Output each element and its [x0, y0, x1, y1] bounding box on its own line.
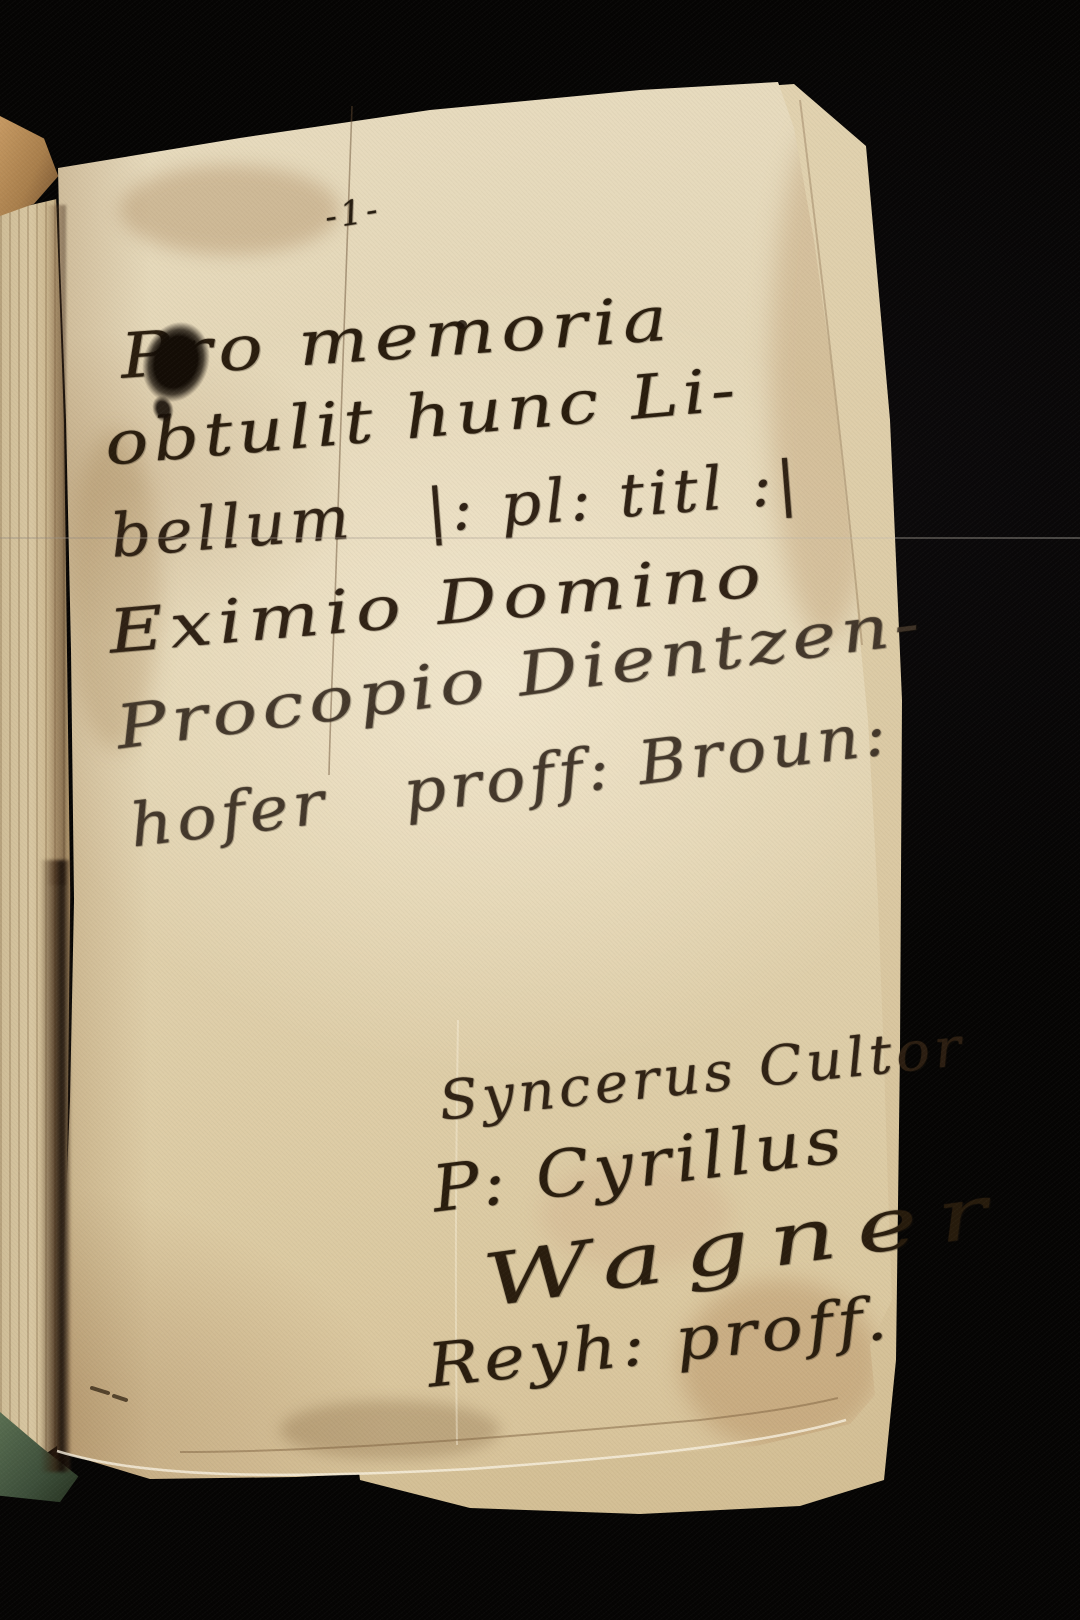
- gutter-crevice-shadow-lower: [40, 860, 70, 1472]
- paper-stain: [120, 165, 340, 255]
- photograph-of-manuscript-flyleaf: -1- Pro memoria obtulit hunc Li- bellum …: [0, 0, 1080, 1620]
- gutter-crevice-shadow-upper: [46, 205, 66, 885]
- manuscript-page: [0, 0, 1080, 1620]
- paper-stain: [280, 1400, 500, 1460]
- paper-stain: [70, 430, 160, 750]
- paper-stain: [540, 1160, 730, 1270]
